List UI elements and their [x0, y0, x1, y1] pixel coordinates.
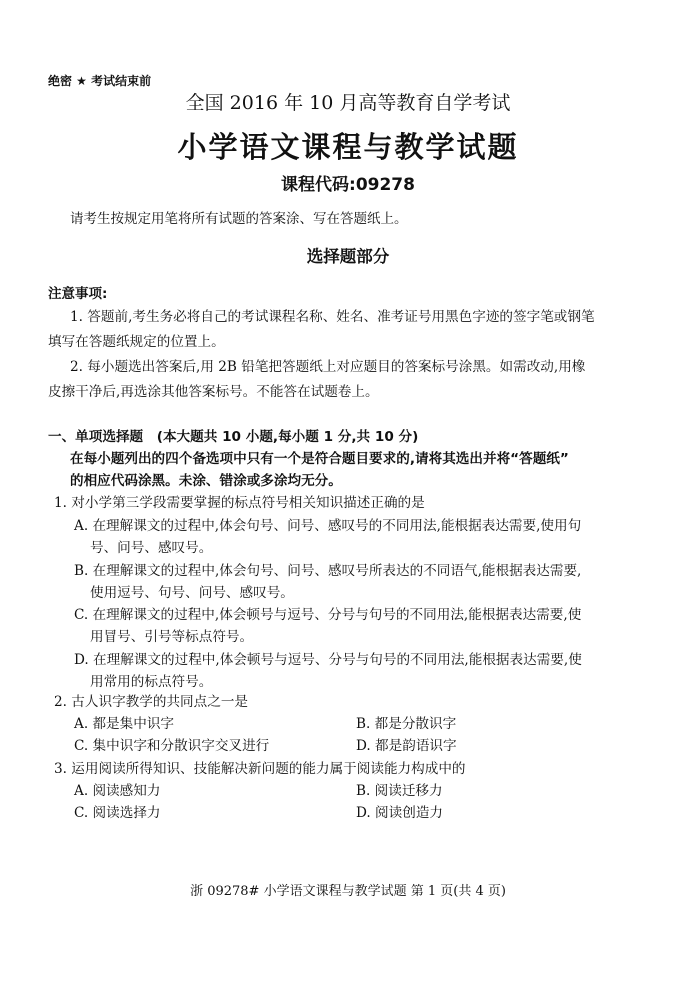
question-3-option-a: A. 阅读感知力 — [74, 779, 160, 799]
question-1-stem: 1. 对小学第三学段需要掌握的标点符号相关知识描述正确的是 — [54, 491, 425, 511]
note-item-2-line-1: 2. 每小题选出答案后,用 2B 铅笔把答题纸上对应题目的答案标号涂黑。如需改动… — [70, 355, 585, 375]
question-2-option-c: C. 集中识字和分散识字交叉进行 — [74, 734, 269, 754]
question-2-stem: 2. 古人识字教学的共同点之一是 — [54, 690, 248, 710]
note-item-1-line-2: 填写在答题纸规定的位置上。 — [48, 330, 225, 350]
question-1-option-c-line-2: 用冒号、引号等标点符号。 — [90, 625, 253, 645]
exam-session-line: 全国 2016 年 10 月高等教育自学考试 — [0, 88, 696, 115]
question-3-option-b: B. 阅读迁移力 — [356, 779, 443, 799]
question-1-option-b-line-1: B. 在理解课文的过程中,体会句号、问号、感叹号所表达的不同语气,能根据表达需要… — [74, 559, 581, 579]
question-1-option-c-line-1: C. 在理解课文的过程中,体会顿号与逗号、分号与句号的不同用法,能根据表达需要,… — [74, 603, 581, 623]
part-one-description-line-2: 的相应代码涂黑。未涂、错涂或多涂均无分。 — [70, 469, 342, 489]
section-heading: 选择题部分 — [0, 243, 696, 267]
question-1-option-a-line-2: 号、问号、感叹号。 — [90, 536, 212, 556]
question-2-option-a: A. 都是集中识字 — [74, 712, 174, 732]
question-1-option-b-line-2: 使用逗号、句号、问号、感叹号。 — [90, 581, 294, 601]
question-1-option-a-line-1: A. 在理解课文的过程中,体会句号、问号、感叹号的不同用法,能根据表达需要,使用… — [74, 514, 581, 534]
question-2-option-b: B. 都是分散识字 — [356, 712, 456, 732]
question-3-option-c: C. 阅读选择力 — [74, 801, 161, 821]
page-footer: 浙 09278# 小学语文课程与教学试题 第 1 页(共 4 页) — [0, 880, 696, 899]
note-item-2-line-2: 皮擦干净后,再选涂其他答案标号。不能答在试题卷上。 — [48, 380, 379, 400]
course-code: 课程代码:09278 — [0, 170, 696, 195]
note-item-1-line-1: 1. 答题前,考生务必将自己的考试课程名称、姓名、准考证号用黑色字迹的签字笔或钢… — [70, 305, 595, 325]
question-3-option-d: D. 阅读创造力 — [356, 801, 443, 821]
question-2-option-d: D. 都是韵语识字 — [356, 734, 457, 754]
question-1-option-d-line-2: 用常用的标点符号。 — [90, 670, 212, 690]
general-instruction: 请考生按规定用笔将所有试题的答案涂、写在答题纸上。 — [70, 207, 408, 227]
part-one-description-line-1: 在每小题列出的四个备选项中只有一个是符合题目要求的,请将其选出并将“答题纸” — [70, 447, 569, 467]
notes-title: 注意事项: — [48, 282, 107, 302]
page-title: 小学语文课程与教学试题 — [0, 125, 696, 166]
confidential-notice: 绝密 ★ 考试结束前 — [48, 72, 151, 89]
part-one-heading: 一、单项选择题 (本大题共 10 小题,每小题 1 分,共 10 分) — [48, 425, 418, 445]
question-3-stem: 3. 运用阅读所得知识、技能解决新问题的能力属于阅读能力构成中的 — [54, 757, 466, 777]
question-1-option-d-line-1: D. 在理解课文的过程中,体会顿号与逗号、分号与句号的不同用法,能根据表达需要,… — [74, 648, 582, 668]
